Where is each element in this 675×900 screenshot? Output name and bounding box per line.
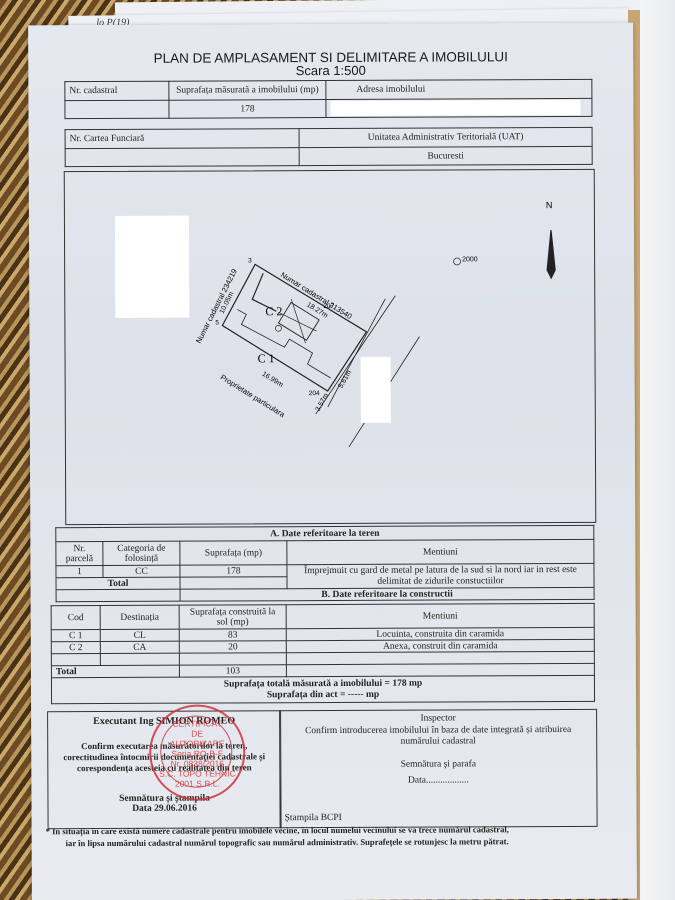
parcela-categorie: CC [103, 565, 180, 577]
carte-funciara-table: Nr. Cartea Funciară Unitatea Administrat… [65, 127, 593, 167]
total-label-a: Total [56, 577, 180, 590]
row-dest: CL [100, 629, 179, 641]
document-scale: Scara 1:500 [28, 62, 633, 80]
col-suprafata-construita: Suprafața construită la sol (mp) [179, 605, 286, 629]
inspector-text: Confirm introducerea imobilului în baza … [300, 725, 576, 748]
header-nr-cadastral: Nr. cadastral [65, 81, 169, 100]
folder-sheet [640, 0, 675, 900]
point-3: 3 [248, 257, 252, 264]
col-suprafata: Suprafața (mp) [180, 541, 287, 565]
north-label: N [546, 200, 553, 210]
benchmark-label: 2000 [462, 256, 478, 263]
inspector-box: Inspector Confirm introducerea imobilulu… [279, 709, 598, 828]
row-dest [100, 653, 179, 665]
parcela-mentiuni: Împrejmuit cu gard de metal pe latura de… [287, 563, 594, 588]
inspector-date: Data.................. [280, 775, 596, 786]
total-value-b: 103 [179, 665, 286, 677]
col-categoria: Categoria de folosință [103, 541, 180, 565]
blank-cell [56, 589, 180, 602]
total-label-b: Total [51, 665, 179, 678]
header-suprafata: Suprafața măsurată a imobilului (mp) [169, 81, 326, 101]
certification-stamp: CERTIFICAT DE AUTORIZARE Seria RO-B-F Nr… [149, 704, 245, 800]
row-cod: C 1 [51, 630, 100, 642]
inspector-signature: Semnătura și parafa [280, 759, 596, 770]
value-suprafata: 178 [169, 100, 326, 119]
document-page: PLAN DE AMPLASAMENT SI DELIMITARE A IMOB… [28, 23, 637, 900]
site-plan: N 2000 C 2 C 1 Numar cadastral 234219 Nu… [64, 169, 597, 525]
row-cod: C 2 [51, 642, 100, 654]
point-5: 5 [215, 319, 219, 326]
site-plan-drawing [65, 170, 596, 524]
header-adresa: Adresa imobilului [326, 79, 592, 99]
point-204: 204 [309, 390, 320, 397]
row-sup [179, 653, 286, 665]
value-uat: Bucuresti [299, 146, 592, 165]
footnote: * In situația în care există numere cada… [46, 823, 606, 849]
teren-table: A. Date referitoare la teren Nr. parcelă… [55, 525, 594, 602]
footnote-line-2: iar în lipsa numărului cadastral numărul… [46, 835, 606, 849]
constructii-table: Cod Destinația Suprafața construită la s… [51, 603, 595, 704]
row-cod [51, 654, 100, 666]
label-c1: C 1 [258, 351, 275, 366]
header-carte-funciara: Nr. Cartea Funciară [65, 129, 299, 149]
col-destinatia: Destinația [100, 605, 179, 629]
bcpi-stamp-label: Ștampila BCPI [285, 813, 342, 823]
col-nr-parcela: Nr. parcelă [56, 542, 103, 566]
stamp-inner-ring [160, 715, 232, 787]
inspector-title: Inspector [280, 713, 596, 724]
table-row: 1 CC 178 Împrejmuit cu gard de metal pe … [56, 563, 594, 577]
header-uat: Unitatea Administrativ Teritorială (UAT) [299, 127, 592, 147]
row-dest: CA [100, 641, 179, 653]
summary: Suprafața totală măsurată a imobilului =… [51, 675, 594, 703]
parcela-suprafata: 178 [180, 565, 287, 577]
parcela-nr: 1 [56, 566, 103, 578]
address-redaction [330, 100, 580, 116]
value-nr-cadastral [65, 100, 169, 118]
summary-act: Suprafața din act = ----- mp [56, 688, 590, 701]
executant-date: Data 29.06.2016 [48, 803, 280, 814]
col-mentiuni: Mentiuni [287, 539, 594, 564]
section-b-title: B. Date referitoare la constructii [180, 587, 594, 601]
row-sup: 20 [179, 641, 286, 653]
row-sup: 83 [179, 629, 286, 641]
point-207: 207 [323, 303, 334, 310]
value-carte-funciara [65, 148, 299, 167]
value-adresa [326, 98, 592, 117]
total-value-a [180, 577, 287, 589]
label-c2: C 2 [265, 304, 282, 319]
neighbor-redaction [361, 357, 391, 423]
col-mentiuni-b: Mentiuni [286, 603, 594, 628]
col-cod: Cod [51, 606, 100, 630]
cadastral-table: Nr. cadastral Suprafața măsurată a imobi… [64, 79, 592, 119]
